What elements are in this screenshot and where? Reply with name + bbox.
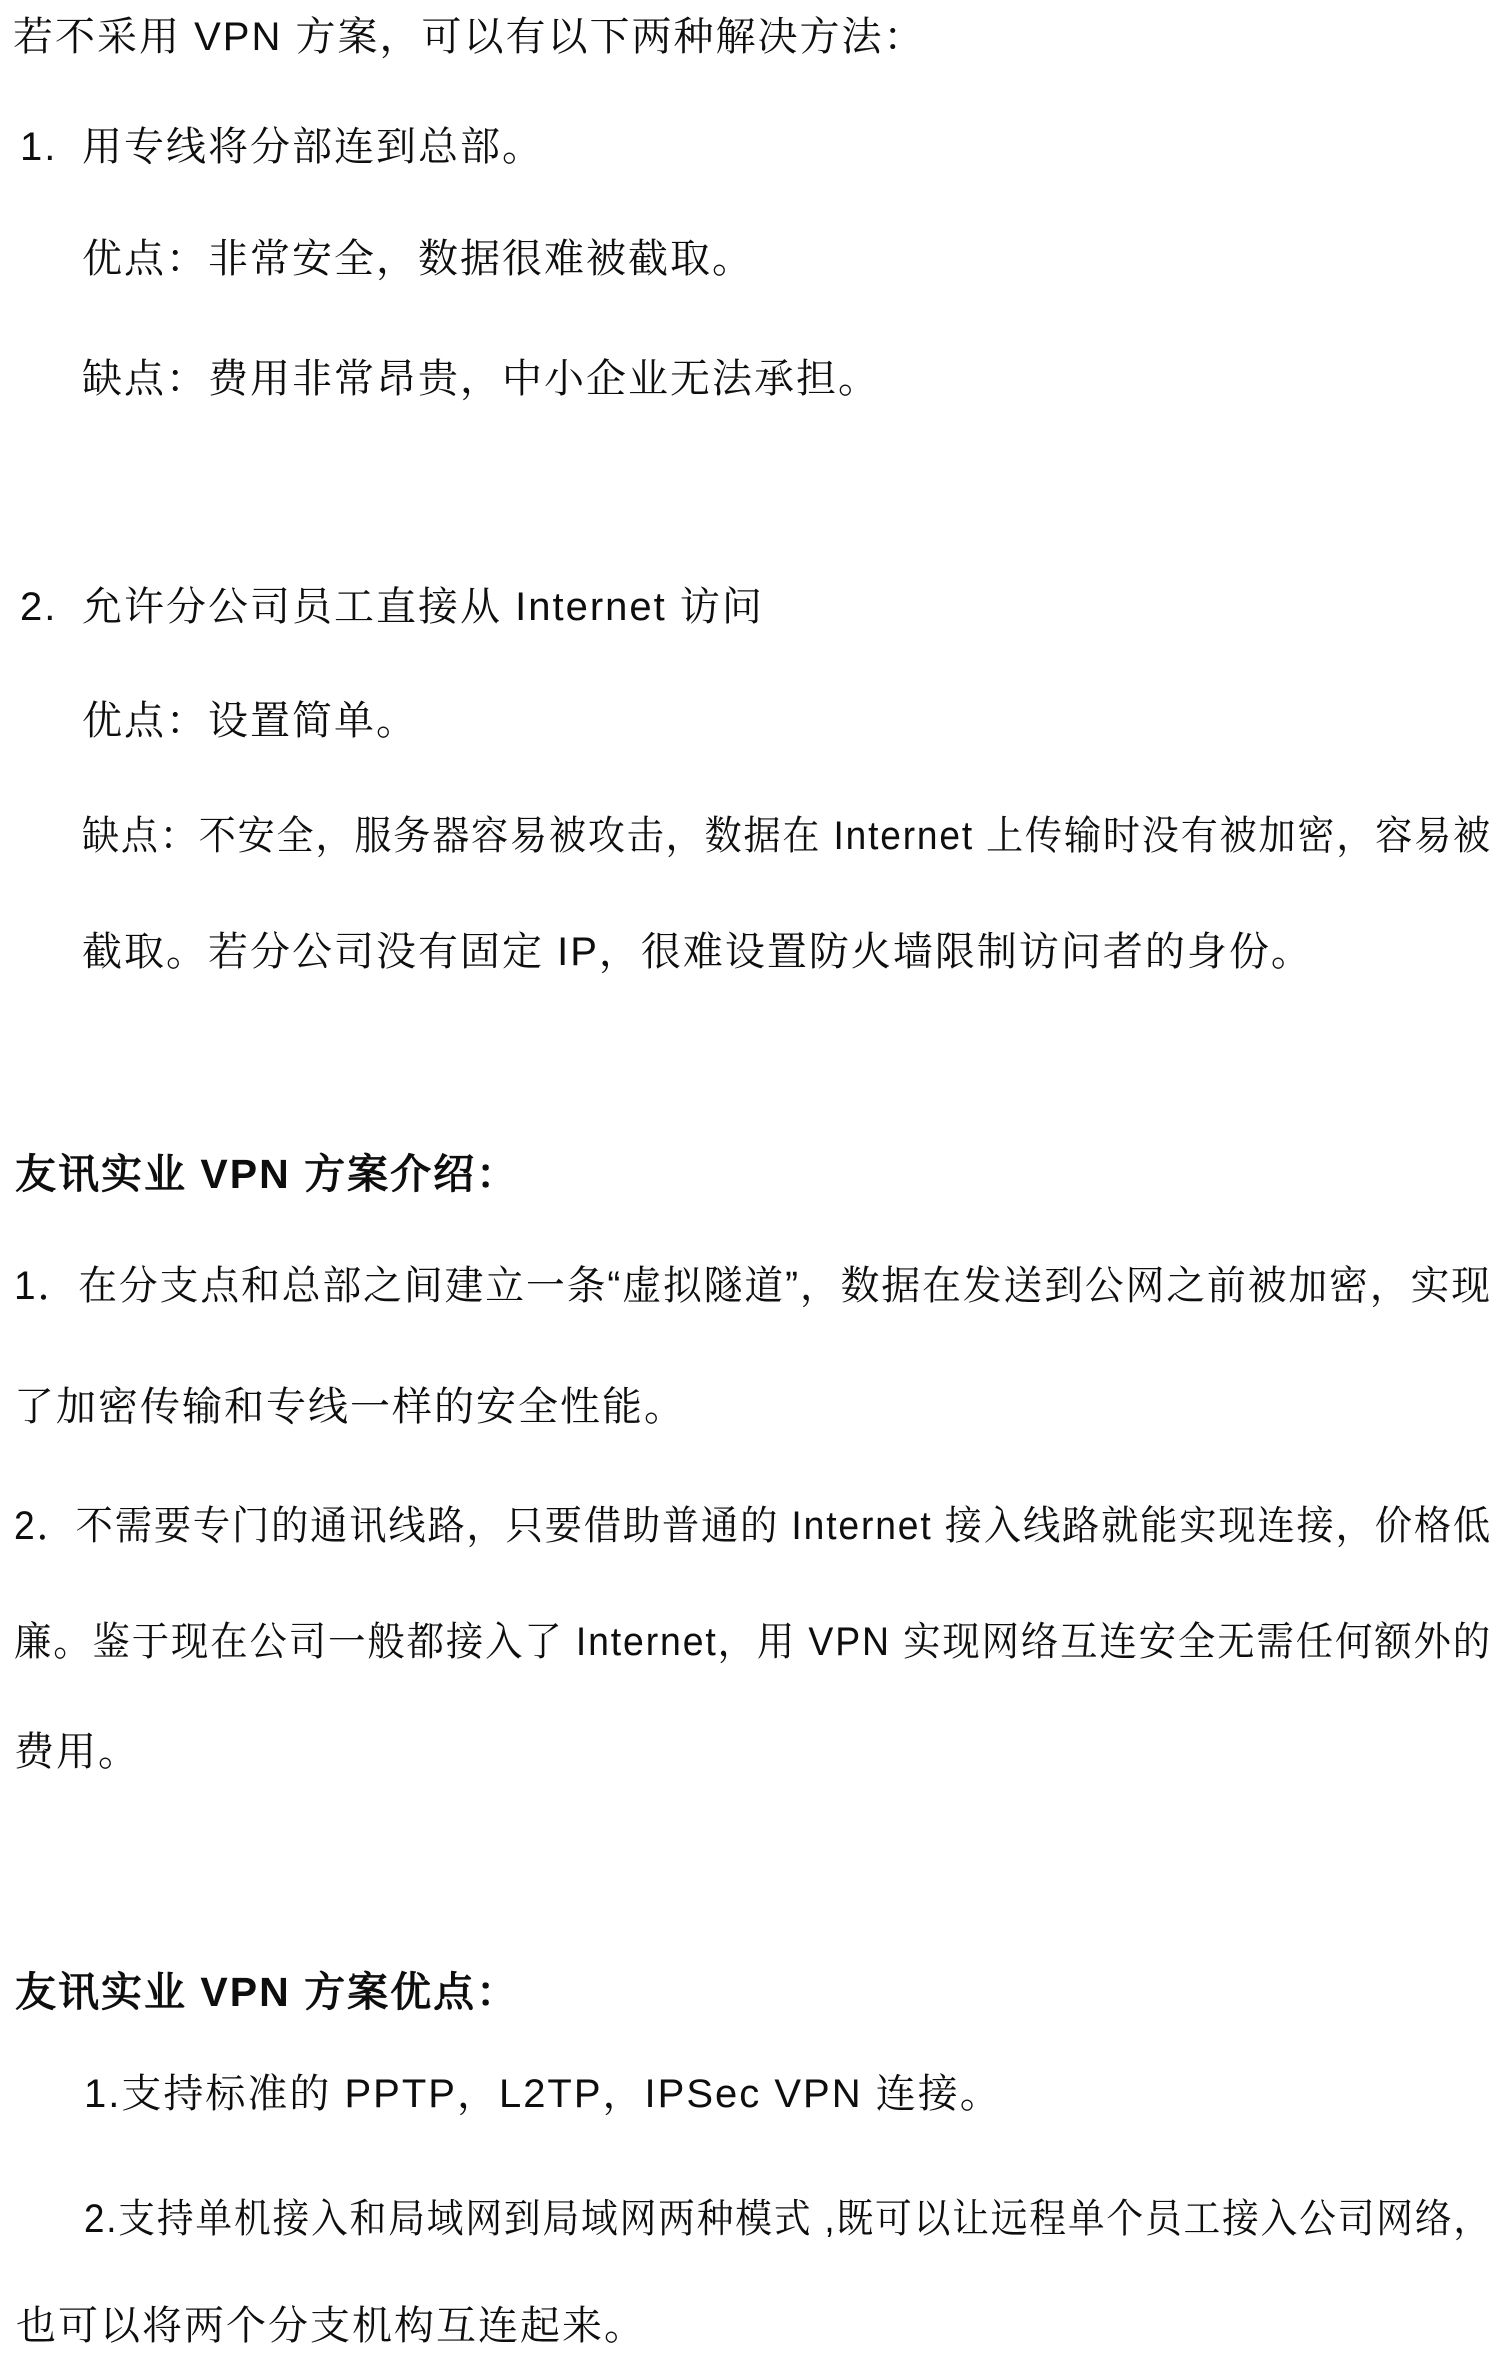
option2-item: 2. 允许分公司员工直接从 Internet 访问 bbox=[20, 583, 764, 631]
option2-disadvantage-line1: 缺点：不安全，服务器容易被攻击，数据在 Internet 上传输时没有被加密，容… bbox=[82, 812, 1492, 860]
vpn-intro-point2-line2: 廉。鉴于现在公司一般都接入了 Internet，用 VPN 实现网络互连安全无需… bbox=[14, 1618, 1492, 1666]
option2-advantage: 优点：设置简单。 bbox=[82, 697, 418, 745]
vpn-advantage-1: 1.支持标准的 PPTP，L2TP，IPSec VPN 连接。 bbox=[84, 2070, 1002, 2118]
section-heading-vpn-advantages: 友讯实业 VPN 方案优点： bbox=[15, 1968, 519, 2016]
option2-number: 2. bbox=[20, 583, 82, 631]
vpn-intro-point2-line3: 费用。 bbox=[14, 1728, 140, 1776]
document-page: 若不采用 VPN 方案，可以有以下两种解决方法： 1. 用专线将分部连到总部。 … bbox=[0, 0, 1500, 2374]
vpn-advantage-2-line1-text: 2.支持单机接入和局域网到局域网两种模式 ,既可以让远程单个员工接入公司网络， bbox=[84, 2195, 1492, 2243]
section-heading-vpn-intro: 友讯实业 VPN 方案介绍： bbox=[15, 1150, 519, 1198]
vpn-advantage-2-line1: 2.支持单机接入和局域网到局域网两种模式 ,既可以让远程单个员工接入公司网络， bbox=[84, 2195, 1492, 2243]
intro-statement: 若不采用 VPN 方案，可以有以下两种解决方法： bbox=[13, 13, 925, 61]
option1-advantage: 优点：非常安全，数据很难被截取。 bbox=[82, 235, 754, 283]
option2-disadvantage-line2: 截取。若分公司没有固定 IP，很难设置防火墙限制访问者的身份。 bbox=[82, 928, 1313, 976]
option1-text: 用专线将分部连到总部。 bbox=[82, 123, 544, 171]
option1-disadvantage: 缺点：费用非常昂贵，中小企业无法承担。 bbox=[82, 355, 880, 403]
vpn-intro-point1-line1: 1．在分支点和总部之间建立一条“虚拟隧道”，数据在发送到公网之前被加密，实现 bbox=[14, 1262, 1492, 1310]
vpn-intro-point2-line1-text: 2．不需要专门的通讯线路，只要借助普通的 Internet 接入线路就能实现连接… bbox=[14, 1502, 1492, 1550]
vpn-intro-point2-line2-text: 廉。鉴于现在公司一般都接入了 Internet，用 VPN 实现网络互连安全无需… bbox=[14, 1618, 1492, 1666]
option1-number: 1. bbox=[20, 123, 82, 171]
vpn-intro-point1-line2: 了加密传输和专线一样的安全性能。 bbox=[14, 1383, 686, 1431]
vpn-intro-point1-line1-text: 1．在分支点和总部之间建立一条“虚拟隧道”，数据在发送到公网之前被加密，实现 bbox=[14, 1262, 1492, 1310]
vpn-advantage-2-line2: 也可以将两个分支机构互连起来。 bbox=[16, 2302, 646, 2350]
option2-disadvantage-line1-text: 缺点：不安全，服务器容易被攻击，数据在 Internet 上传输时没有被加密，容… bbox=[82, 812, 1492, 860]
option1-item: 1. 用专线将分部连到总部。 bbox=[20, 123, 544, 171]
vpn-intro-point2-line1: 2．不需要专门的通讯线路，只要借助普通的 Internet 接入线路就能实现连接… bbox=[14, 1502, 1492, 1550]
option2-text: 允许分公司员工直接从 Internet 访问 bbox=[82, 583, 764, 631]
